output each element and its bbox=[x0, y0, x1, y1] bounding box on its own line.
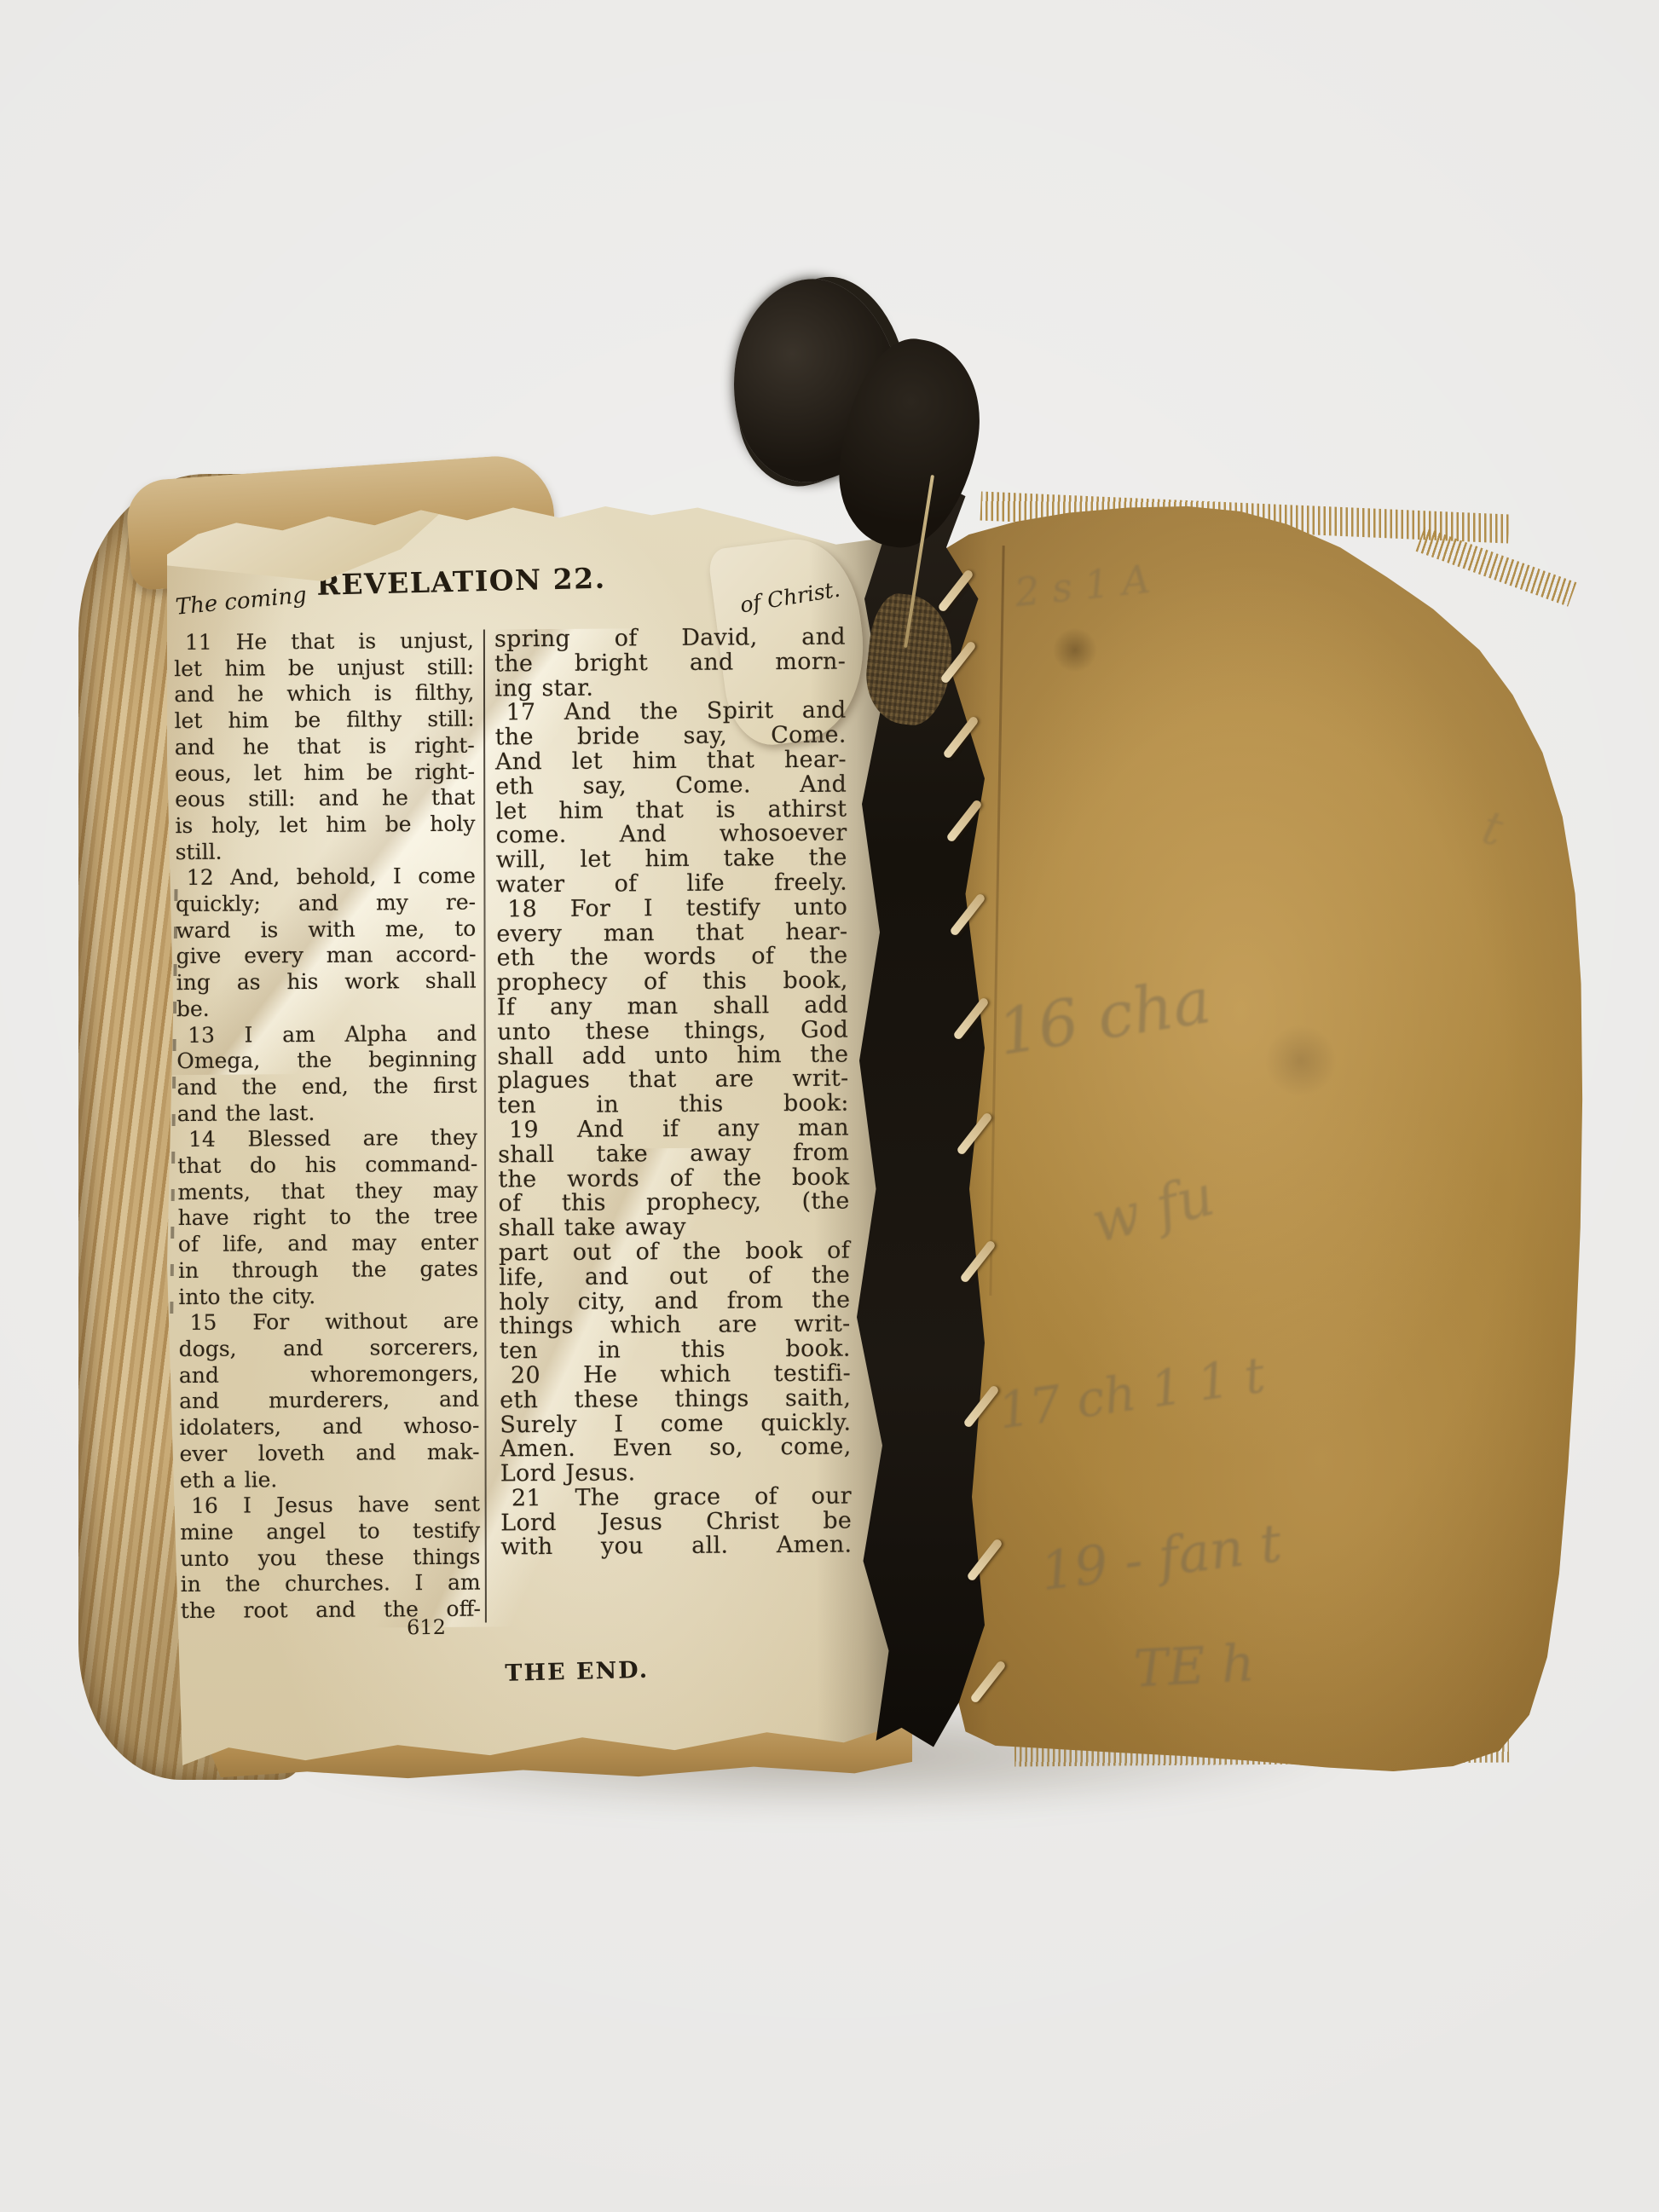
text-line: let him be filthy still: bbox=[174, 707, 474, 735]
text-line: ever loveth and mak- bbox=[179, 1439, 479, 1467]
text-line: and the last. bbox=[177, 1099, 477, 1127]
page-surface: The coming REVELATION 22. of Christ. 11 … bbox=[163, 499, 940, 1776]
cover-scribble: TE h bbox=[1132, 1633, 1256, 1699]
text-line: and he that is right- bbox=[175, 732, 475, 760]
text-line: 14 Blessed are they bbox=[177, 1125, 477, 1153]
text-line: still. bbox=[176, 837, 476, 865]
text-line: ing as his work shall bbox=[176, 968, 477, 996]
text-line: and the end, the first bbox=[176, 1073, 477, 1101]
the-end-label: THE END. bbox=[505, 1657, 649, 1687]
text-line: 13 I am Alpha and bbox=[176, 1020, 477, 1048]
text-line: Amen. Even so, come, bbox=[500, 1435, 851, 1463]
text-line: that do his command- bbox=[177, 1152, 477, 1180]
text-line: 12 And, behold, I come bbox=[176, 863, 476, 892]
text-line: unto you these things bbox=[180, 1544, 480, 1572]
chapter-title: REVELATION 22. bbox=[316, 562, 606, 602]
text-line: give every man accord- bbox=[176, 942, 476, 970]
text-line: the bright and morn- bbox=[494, 650, 846, 677]
text-line: ward is with me, to bbox=[176, 915, 476, 944]
text-line: and whoremongers, bbox=[179, 1360, 479, 1389]
photo-canvas: { "scene": { "description": "Photograph … bbox=[0, 0, 1659, 2212]
text-line: eous, let him be right- bbox=[175, 759, 475, 787]
text-line: 15 For without are bbox=[178, 1308, 478, 1337]
text-line: have right to the tree bbox=[178, 1204, 478, 1232]
text-line: Omega, the beginning bbox=[176, 1047, 477, 1075]
back-cover bbox=[922, 496, 1586, 1779]
text-line: of this prophecy, (the bbox=[498, 1190, 849, 1217]
page-number: 612 bbox=[375, 1615, 477, 1640]
right-text-column: spring of David, andthe bright and morn-… bbox=[494, 626, 853, 1561]
text-line: idolaters, and whoso- bbox=[179, 1413, 479, 1441]
text-line: 16 I Jesus have sent bbox=[180, 1492, 480, 1520]
text-line: in through the gates bbox=[178, 1256, 478, 1284]
text-line: is holy, let him be holy bbox=[175, 811, 475, 840]
text-line: ments, that they may bbox=[177, 1177, 477, 1205]
text-line: and he which is filthy, bbox=[174, 680, 474, 708]
open-page: The coming REVELATION 22. of Christ. 11 … bbox=[167, 501, 936, 1773]
text-line: mine angel to testify bbox=[180, 1518, 480, 1546]
text-line: with you all. Amen. bbox=[500, 1533, 852, 1561]
text-line: eous still: and he that bbox=[175, 785, 475, 813]
text-line: quickly; and my re- bbox=[176, 890, 476, 918]
running-head-left: The coming bbox=[175, 582, 308, 620]
text-line: 11 He that is unjust, bbox=[174, 628, 474, 656]
text-line: in the churches. I am bbox=[181, 1570, 481, 1598]
text-line: eth a lie. bbox=[180, 1465, 480, 1493]
left-text-column: 11 He that is unjust,let him be unjust s… bbox=[174, 628, 481, 1625]
text-line: dogs, and sorcerers, bbox=[179, 1335, 479, 1363]
text-line: and murderers, and bbox=[179, 1387, 479, 1415]
text-line: be. bbox=[176, 994, 477, 1022]
text-line: let him be unjust still: bbox=[174, 654, 474, 682]
text-line: into the city. bbox=[178, 1282, 478, 1310]
text-line: of life, and may enter bbox=[178, 1230, 478, 1258]
